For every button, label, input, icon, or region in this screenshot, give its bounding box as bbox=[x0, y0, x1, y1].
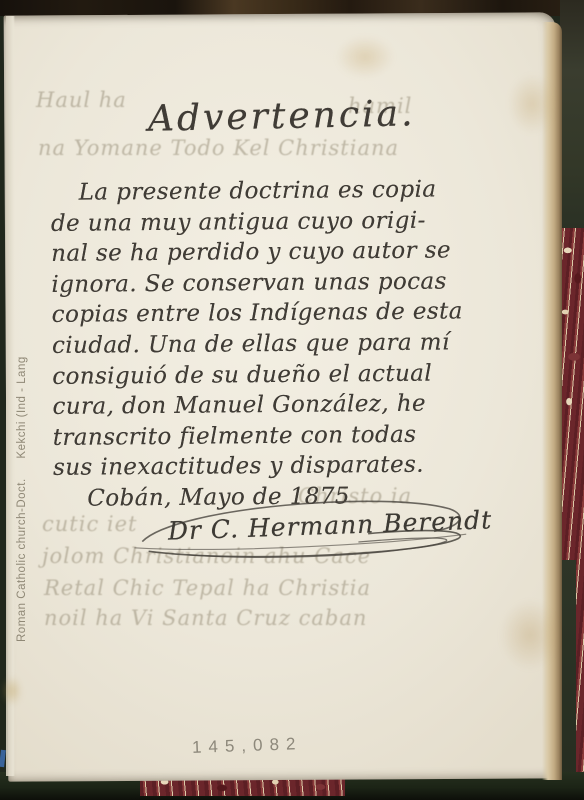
margin-note-line1: Roman Catholic church-Doct. bbox=[16, 478, 28, 642]
stain-spot bbox=[336, 36, 394, 78]
margin-note-line2: Kekchi (Ind - Lang bbox=[16, 356, 28, 458]
bleedthrough-text: na Yomane Todo Kel Christiana bbox=[38, 136, 399, 160]
page-left-edge bbox=[6, 16, 15, 776]
accession-number: 145,082 bbox=[192, 734, 303, 758]
body-line: nal se ha perdido y cuyo autor se bbox=[51, 235, 491, 269]
body-line: consiguió de su dueño el actual bbox=[52, 358, 492, 392]
bleedthrough-text: cutic iet bbox=[42, 512, 137, 536]
manuscript-scan: Haul ha hamil na Yomane Todo Kel Christi… bbox=[0, 0, 584, 800]
body-line: cura, don Manuel González, he bbox=[52, 388, 492, 422]
blue-edge-mark bbox=[0, 750, 6, 767]
body-line: ignora. Se conservan unas pocas bbox=[51, 266, 491, 300]
page-fore-edge bbox=[542, 22, 562, 780]
page-title: Advertencia. bbox=[148, 93, 416, 140]
body-line: copias entre los Indígenas de esta bbox=[52, 296, 492, 330]
manuscript-body: La presente doctrina es copia de una muy… bbox=[51, 174, 494, 514]
stain-spot bbox=[2, 676, 22, 706]
book-cover-right-edge bbox=[560, 0, 584, 235]
body-line: de una muy antigua cuyo origi- bbox=[51, 205, 491, 239]
body-line: transcrito fielmente con todas bbox=[53, 419, 493, 453]
bleedthrough-text: Retal Chic Tepal ha Christia bbox=[44, 576, 371, 600]
stain-spot bbox=[508, 74, 556, 134]
body-line: ciudad. Una de ellas que para mí bbox=[52, 327, 492, 361]
bleedthrough-text: Haul ha bbox=[36, 88, 127, 112]
bleedthrough-text: noil ha Vi Santa Cruz caban bbox=[44, 606, 367, 630]
body-line: La presente doctrina es copia bbox=[79, 174, 491, 208]
body-line: sus inexactitudes y disparates. bbox=[53, 449, 493, 483]
stain-spot bbox=[500, 600, 560, 670]
margin-pencil-note: Roman Catholic church-Doct. Kekchi (Ind … bbox=[16, 262, 28, 642]
signature: Dr C. Hermann Berendt bbox=[127, 488, 474, 574]
